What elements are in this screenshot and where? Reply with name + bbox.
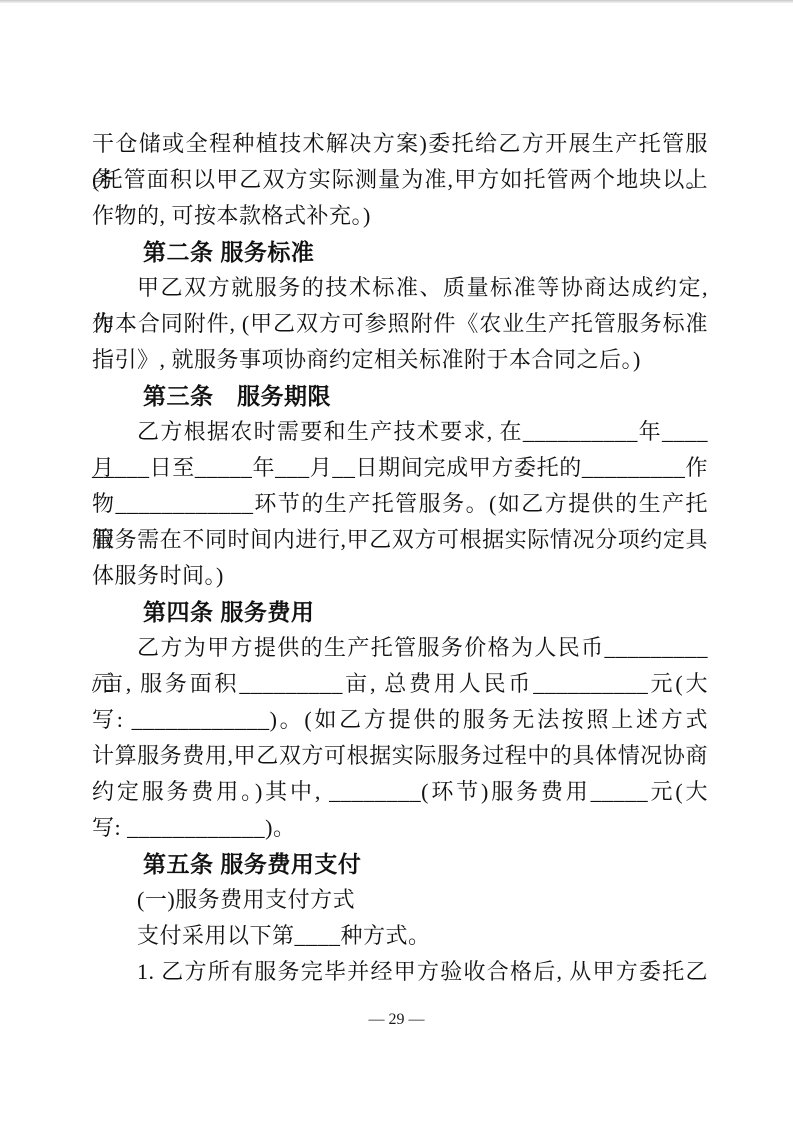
section-heading: 第三条 服务期限 [92,378,708,414]
document-line: _____日至_____年___月__日期间完成甲方委托的_________作 [92,450,708,486]
section-heading: 第四条 服务费用 [92,594,708,630]
document-line: 写: ____________)。 [92,810,708,846]
document-line: 为本合同附件, (甲乙双方可参照附件《农业生产托管服务标准 [92,306,708,342]
document-line: 约定服务费用。)其中, ________(环节)服务费用_____元(大 [92,774,708,810]
document-line: 干仓储或全程种植技术解决方案)委托给乙方开展生产托管服务。 [92,126,708,162]
document-line: 体服务时间。) [92,558,708,594]
document-line: 乙方根据农时需要和生产技术要求, 在__________年____月 [92,414,708,450]
section-heading: 第五条 服务费用支付 [92,846,708,882]
document-line: 乙方为甲方提供的生产托管服务价格为人民币_________元 [92,630,708,666]
document-line: (托管面积以甲乙双方实际测量为准,甲方如托管两个地块以上 [92,162,708,198]
document-line: 物____________环节的生产托管服务。(如乙方提供的生产托管 [92,486,708,522]
page-top-edge [0,0,793,3]
document-line: /亩, 服务面积_________亩, 总费用人民币__________元(大 [92,666,708,702]
document-line: 1. 乙方所有服务完毕并经甲方验收合格后, 从甲方委托乙 [92,954,708,990]
document-line: 指引》, 就服务事项协商约定相关标准附于本合同之后。) [92,342,708,378]
section-heading: 第二条 服务标准 [92,234,708,270]
document-line: 作物的, 可按本款格式补充。) [92,198,708,234]
document-line: 甲乙双方就服务的技术标准、质量标准等协商达成约定, 作 [92,270,708,306]
document-line: 计算服务费用,甲乙双方可根据实际服务过程中的具体情况协商 [92,738,708,774]
document-line: (一)服务费用支付方式 [92,882,708,918]
page-number: — 29 — [0,1008,793,1032]
document-line: 写: ____________)。(如乙方提供的服务无法按照上述方式 [92,702,708,738]
document-line: 支付采用以下第____种方式。 [92,918,708,954]
contract-page: 干仓储或全程种植技术解决方案)委托给乙方开展生产托管服务。(托管面积以甲乙双方实… [0,0,793,1122]
document-body: 干仓储或全程种植技术解决方案)委托给乙方开展生产托管服务。(托管面积以甲乙双方实… [92,126,708,990]
document-line: 服务需在不同时间内进行,甲乙双方可根据实际情况分项约定具 [92,522,708,558]
